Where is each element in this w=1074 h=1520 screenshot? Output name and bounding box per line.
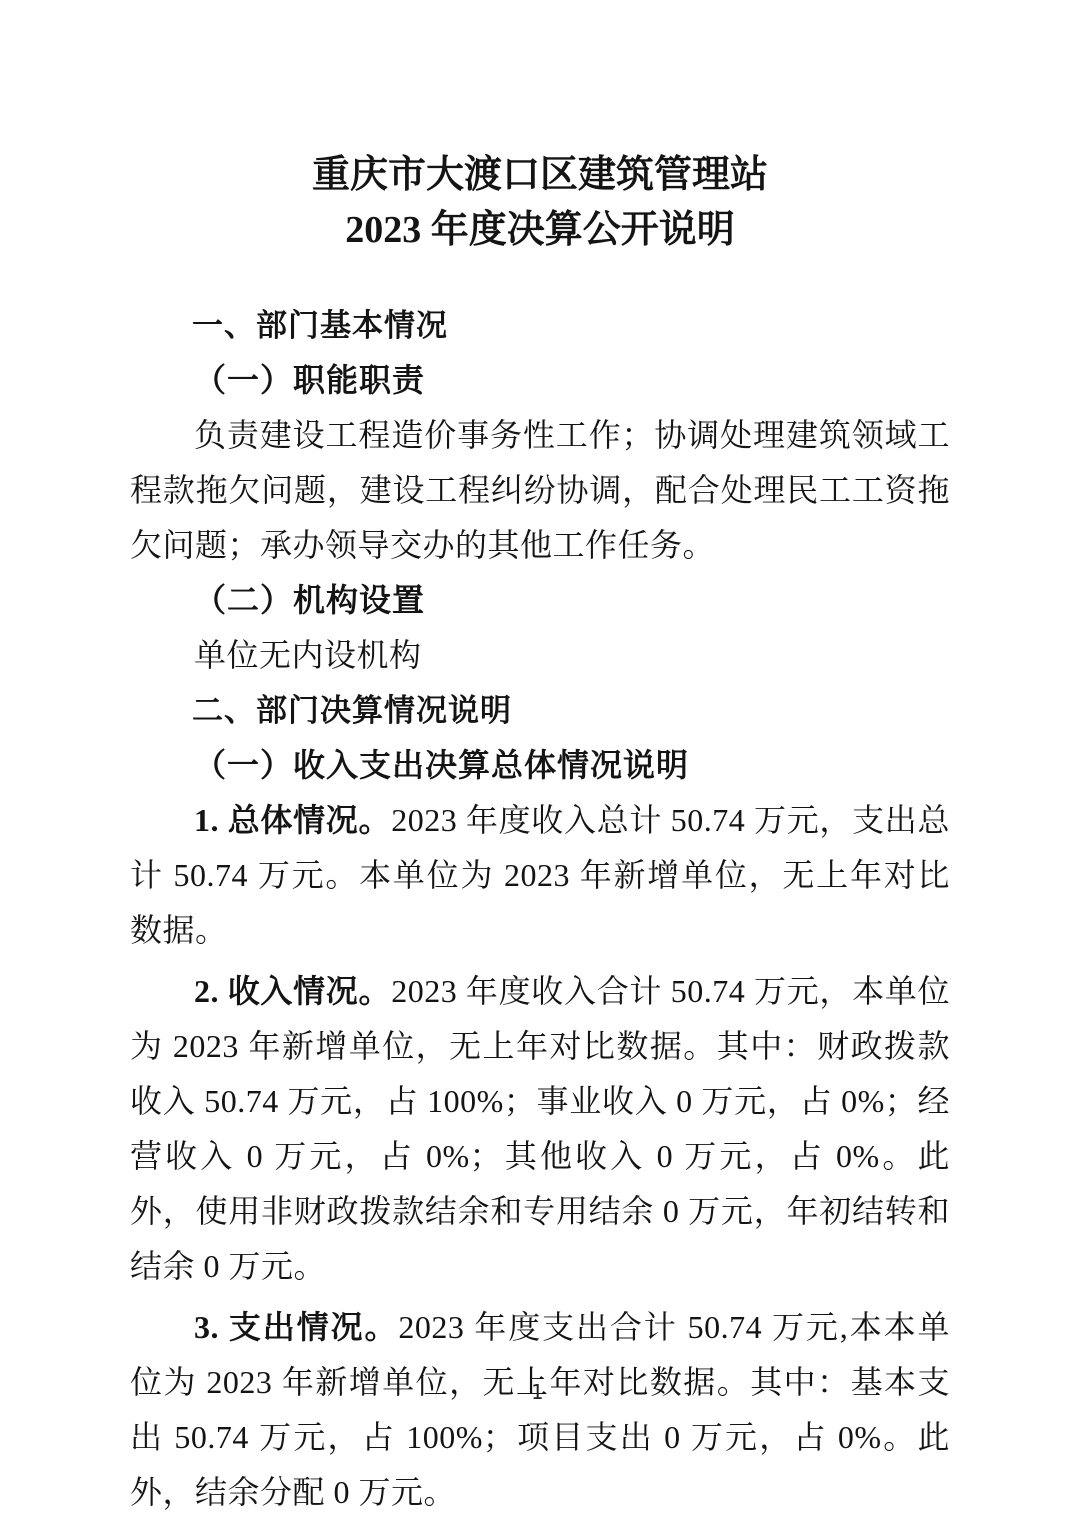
heading-duties: （一）职能职责 — [130, 353, 950, 408]
heading-organization: （二）机构设置 — [130, 573, 950, 628]
document-page: 重庆市大渡口区建筑管理站 2023 年度决算公开说明 一、部门基本情况 （一）职… — [0, 0, 1074, 1520]
title-line-1: 重庆市大渡口区建筑管理站 — [130, 148, 950, 203]
page-footer: 1 — [0, 1378, 1074, 1406]
heading-overview: （一）收入支出决算总体情况说明 — [130, 738, 950, 793]
heading-basic-info: 一、部门基本情况 — [130, 298, 950, 353]
paragraph-income: 2. 收入情况。2023 年度收入合计 50.74 万元，本单位为 2023 年… — [130, 964, 950, 1294]
paragraph-overall: 1. 总体情况。2023 年度收入总计 50.74 万元，支出总计 50.74 … — [130, 793, 950, 958]
paragraph-organization: 单位无内设机构 — [130, 628, 950, 683]
heading-final-accounts: 二、部门决算情况说明 — [130, 683, 950, 738]
paragraph-duties: 负责建设工程造价事务性工作；协调处理建筑领域工程款拖欠问题，建设工程纠纷协调，配… — [130, 408, 950, 573]
document-title: 重庆市大渡口区建筑管理站 2023 年度决算公开说明 — [130, 148, 950, 258]
paragraph-expenditure-lead: 3. 支出情况。 — [194, 1309, 398, 1345]
document-body: 一、部门基本情况 （一）职能职责 负责建设工程造价事务性工作；协调处理建筑领域工… — [130, 298, 950, 1520]
page-number: 1 — [531, 1380, 543, 1404]
paragraph-income-text: 2023 年度收入合计 50.74 万元，本单位为 2023 年新增单位，无上年… — [130, 973, 950, 1284]
title-line-2: 2023 年度决算公开说明 — [130, 203, 950, 258]
paragraph-expenditure: 3. 支出情况。2023 年度支出合计 50.74 万元,本本单位为 2023 … — [130, 1300, 950, 1520]
paragraph-income-lead: 2. 收入情况。 — [194, 973, 391, 1009]
paragraph-overall-lead: 1. 总体情况。 — [194, 802, 391, 838]
